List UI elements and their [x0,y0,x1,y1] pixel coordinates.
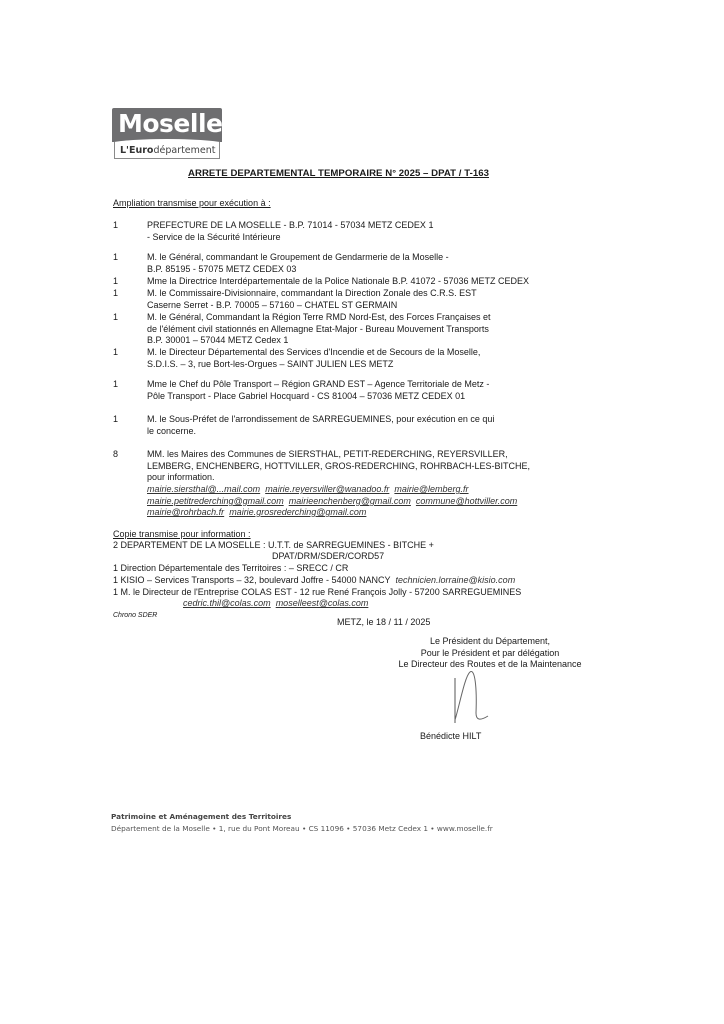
recipient-line: B.P. 30001 – 57044 METZ Cedex 1 [147,335,593,347]
copie-heading: Copie transmise pour information : [113,529,251,541]
colas-email-2[interactable]: moselleest@colas.com [276,598,369,608]
copie-line-ddt: 1 Direction Départementale des Territoir… [113,563,348,575]
document-title: ARRETE DEPARTEMENTAL TEMPORAIRE N° 2025 … [188,168,489,179]
moselle-logo: Moselle L'Eurodépartement [112,108,222,159]
recipient-entry: 1M. le Sous-Préfet de l'arrondissement d… [113,414,593,437]
recipient-line: LEMBERG, ENCHENBERG, HOTTVILLER, GROS-RE… [147,461,593,473]
recipient-text: M. le Directeur Départemental des Servic… [147,347,593,370]
recipient-text: M. le Général, Commandant la Région Terr… [147,312,593,347]
footer-address: Département de la Moselle • 1, rue du Po… [111,824,493,833]
date-line: METZ, le 18 / 11 / 2025 [337,617,430,627]
recipient-entry: 8MM. les Maires des Communes de SIERSTHA… [113,449,593,484]
recipient-text: M. le Sous-Préfet de l'arrondissement de… [147,414,593,437]
mayor-email-row: mairie.petitrederching@gmail.com mairiee… [147,496,517,508]
recipient-text: Mme la Directrice Interdépartementale de… [147,276,593,288]
mayor-email-row: mairie@rohrbach.fr mairie.grosrederching… [147,507,366,519]
footer-department: Patrimoine et Aménagement des Territoire… [111,812,493,821]
copie-line-departement-service: DPAT/DRM/SDER/CORD57 [272,551,384,563]
recipient-count: 1 [113,312,133,324]
recipient-line: M. le Général, commandant le Groupement … [147,252,593,264]
recipient-line: Caserne Serret - B.P. 70005 – 57160 – CH… [147,300,593,312]
mayor-email-row: mairie.siersthal@...mail.com mairie.reye… [147,484,469,496]
colas-emails: cedric.thil@colas.com moselleest@colas.c… [183,598,368,610]
recipient-count: 1 [113,288,133,300]
mayor-email[interactable]: mairie.grosrederching@gmail.com [229,507,366,517]
recipient-text: PREFECTURE DE LA MOSELLE - B.P. 71014 - … [147,220,593,243]
signature-block: Le Président du Département, Pour le Pré… [350,636,630,671]
recipient-entry: 1Mme le Chef du Pôle Transport – Région … [113,379,593,402]
recipient-count: 8 [113,449,133,461]
logo-tagline: L'Eurodépartement [114,142,220,159]
recipient-count: 1 [113,379,133,391]
logo-tagline-bold: L'Euro [120,145,153,156]
chrono-label: Chrono SDER [113,612,157,619]
recipient-text: MM. les Maires des Communes de SIERSTHAL… [147,449,593,484]
recipient-line: M. le Général, Commandant la Région Terr… [147,312,593,324]
copie-line-kisio: 1 KISIO – Services Transports – 32, boul… [113,575,515,587]
recipient-entry: 1M. le Général, commandant le Groupement… [113,252,593,275]
recipient-text: M. le Général, commandant le Groupement … [147,252,593,275]
colas-email-1[interactable]: cedric.thil@colas.com [183,598,271,608]
recipient-entry: 1M. le Directeur Départemental des Servi… [113,347,593,370]
recipient-entry: 1M. le Général, Commandant la Région Ter… [113,312,593,347]
recipient-entry: 1M. le Commissaire-Divisionnaire, comman… [113,288,593,311]
recipient-count: 1 [113,252,133,264]
mayor-email[interactable]: mairie.petitrederching@gmail.com [147,496,284,506]
recipient-line: - Service de la Sécurité Intérieure [147,232,593,244]
recipient-entry: 1PREFECTURE DE LA MOSELLE - B.P. 71014 -… [113,220,593,243]
recipient-line: Pôle Transport - Place Gabriel Hocquard … [147,391,593,403]
recipient-line: M. le Directeur Départemental des Servic… [147,347,593,359]
handwritten-signature [450,668,500,728]
mayor-email[interactable]: mairie@rohrbach.fr [147,507,224,517]
kisio-text: 1 KISIO – Services Transports – 32, boul… [113,575,390,585]
recipient-text: M. le Commissaire-Divisionnaire, command… [147,288,593,311]
mayor-email[interactable]: mairieenchenberg@gmail.com [289,496,411,506]
document-page: Moselle L'Eurodépartement ARRETE DEPARTE… [0,0,724,1024]
copie-line-departement: 2 DEPARTEMENT DE LA MOSELLE : U.T.T. de … [113,540,434,552]
recipient-line: pour information. [147,472,593,484]
signer-name: Bénédicte HILT [420,731,481,741]
recipient-count: 1 [113,220,133,232]
recipient-count: 1 [113,347,133,359]
recipient-line: PREFECTURE DE LA MOSELLE - B.P. 71014 - … [147,220,593,232]
recipient-line: de l'élément civil stationnés en Allemag… [147,324,593,336]
recipient-entry: 1Mme la Directrice Interdépartementale d… [113,276,593,288]
logo-tagline-rest: département [153,145,215,156]
mayor-email[interactable]: mairie.reyersviller@wanadoo.fr [265,484,389,494]
recipient-count: 1 [113,276,133,288]
recipient-text: Mme le Chef du Pôle Transport – Région G… [147,379,593,402]
logo-name: Moselle [112,108,222,142]
footer: Patrimoine et Aménagement des Territoire… [111,812,493,833]
mayor-email[interactable]: mairie.siersthal@...mail.com [147,484,260,494]
ampliation-heading: Ampliation transmise pour exécution à : [113,198,271,208]
recipient-line: le concerne. [147,426,593,438]
recipient-line: B.P. 85195 - 57075 METZ CEDEX 03 [147,264,593,276]
signature-line-2: Pour le Président et par délégation [350,648,630,660]
signature-line-1: Le Président du Département, [350,636,630,648]
mayor-email[interactable]: commune@hottviller.com [416,496,517,506]
copie-line-colas: 1 M. le Directeur de l'Entreprise COLAS … [113,587,521,599]
recipient-line: M. le Commissaire-Divisionnaire, command… [147,288,593,300]
recipient-line: Mme la Directrice Interdépartementale de… [147,276,593,288]
kisio-email[interactable]: technicien.lorraine@kisio.com [396,575,516,585]
recipient-line: M. le Sous-Préfet de l'arrondissement de… [147,414,593,426]
recipient-count: 1 [113,414,133,426]
recipient-line: MM. les Maires des Communes de SIERSTHAL… [147,449,593,461]
recipient-line: S.D.I.S. – 3, rue Bort-les-Orgues – SAIN… [147,359,593,371]
recipient-line: Mme le Chef du Pôle Transport – Région G… [147,379,593,391]
mayor-email[interactable]: mairie@lemberg.fr [394,484,468,494]
